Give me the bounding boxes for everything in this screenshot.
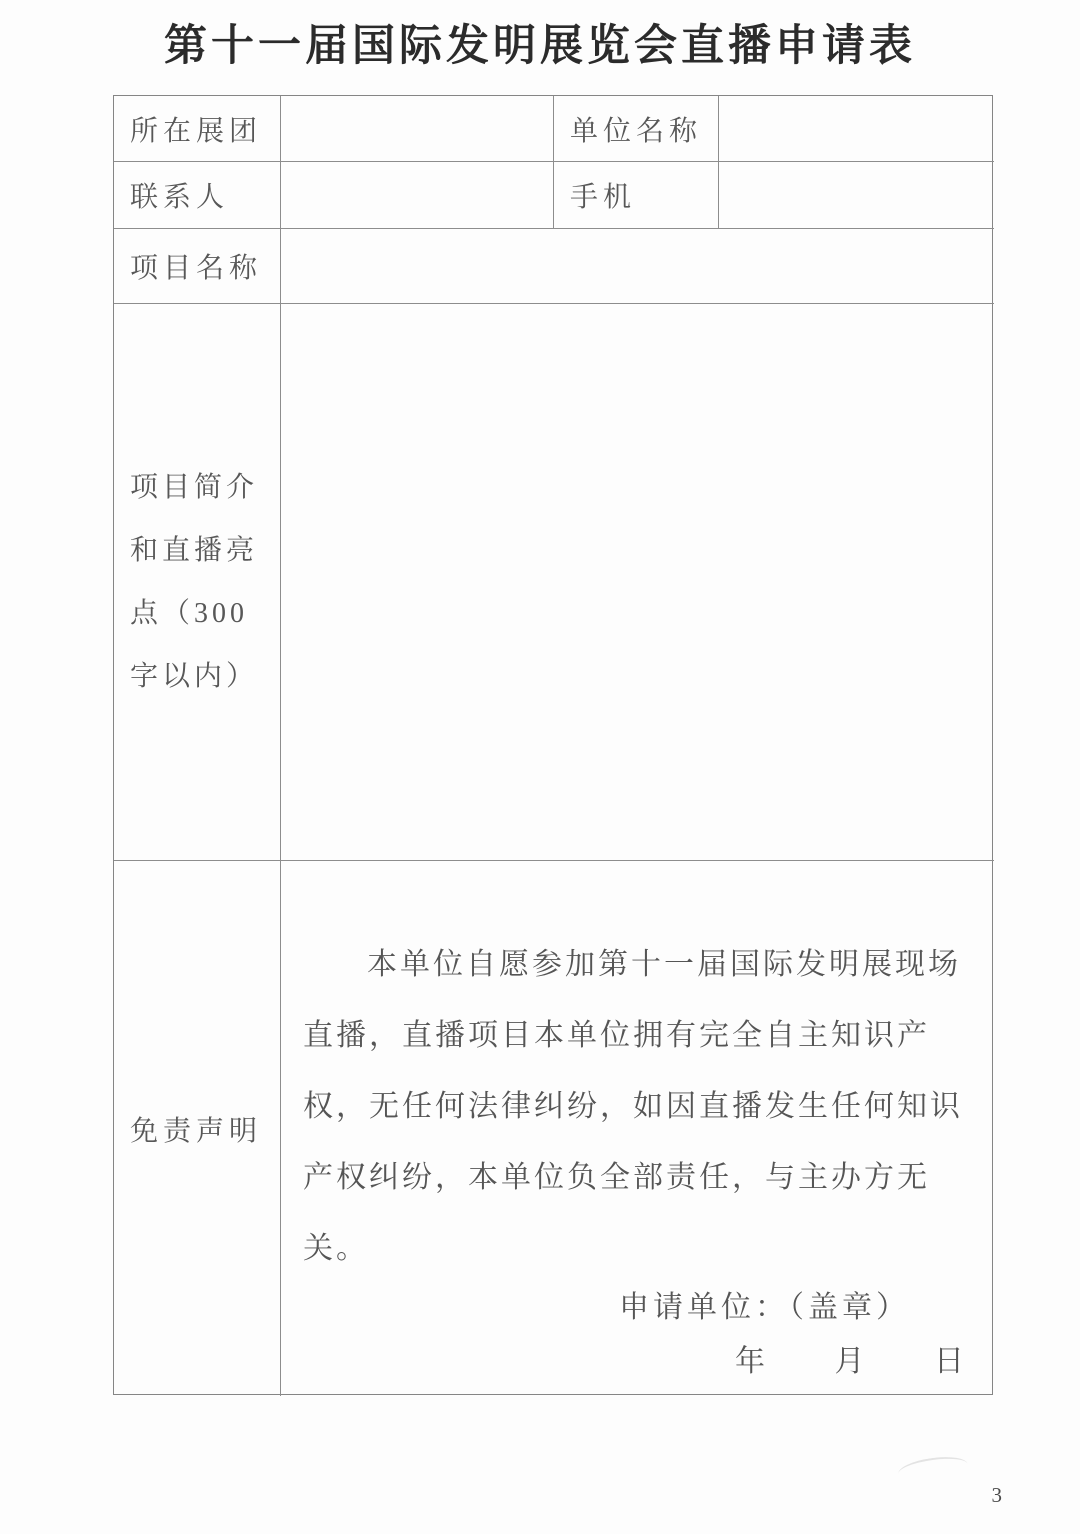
project-intro-label: 项目简介 和直播亮 点（300 字以内） xyxy=(114,304,281,861)
date-month-label: 月 xyxy=(835,1340,865,1384)
project-intro-label-line: 和直播亮 xyxy=(130,519,258,582)
application-form-table: 所在展团 单位名称 联系人 手机 项目名称 项目简介 和直播亮 点（300 字以… xyxy=(113,95,993,1395)
project-intro-value xyxy=(281,304,994,861)
scan-smudge xyxy=(897,1453,969,1485)
document-page: 第十一届国际发明展览会直播申请表 所在展团 单位名称 联系人 手机 项目名称 项… xyxy=(0,0,1080,1534)
disclaimer-text-line: 直播，直播项目本单位拥有完全自主知识产 xyxy=(303,1000,980,1071)
disclaimer-text-line: 产权纠纷，本单位负全部责任，与主办方无 xyxy=(303,1142,980,1213)
date-year-label: 年 xyxy=(735,1340,765,1384)
page-title: 第十一届国际发明展览会直播申请表 xyxy=(0,12,1080,73)
disclaimer-text-line: 权，无任何法律纠纷，如因直播发生任何知识 xyxy=(303,1071,980,1142)
exhibition-group-value xyxy=(281,96,554,162)
disclaimer-text-line: 关。 xyxy=(303,1213,980,1284)
exhibition-group-label: 所在展团 xyxy=(114,96,281,162)
date-line: 年 月 日 xyxy=(303,1340,980,1384)
project-intro-label-line: 点（300 xyxy=(130,582,248,645)
project-name-label: 项目名称 xyxy=(114,229,281,304)
project-intro-label-line: 项目简介 xyxy=(130,456,258,519)
mobile-value xyxy=(719,162,994,229)
date-day-label: 日 xyxy=(934,1340,964,1384)
project-name-value xyxy=(281,229,994,304)
contact-person-label: 联系人 xyxy=(114,162,281,229)
disclaimer-body: 本单位自愿参加第十一届国际发明展现场 直播，直播项目本单位拥有完全自主知识产 权… xyxy=(281,861,994,1396)
unit-name-label: 单位名称 xyxy=(554,96,719,162)
contact-person-value xyxy=(281,162,554,229)
unit-name-value xyxy=(719,96,994,162)
applicant-seal-line: 申请单位：（盖章） xyxy=(303,1286,980,1330)
disclaimer-label: 免责声明 xyxy=(114,861,281,1396)
disclaimer-text-line: 本单位自愿参加第十一届国际发明展现场 xyxy=(303,929,980,1000)
mobile-label: 手机 xyxy=(554,162,719,229)
page-number: 3 xyxy=(992,1483,1003,1508)
project-intro-label-line: 字以内） xyxy=(130,645,258,708)
